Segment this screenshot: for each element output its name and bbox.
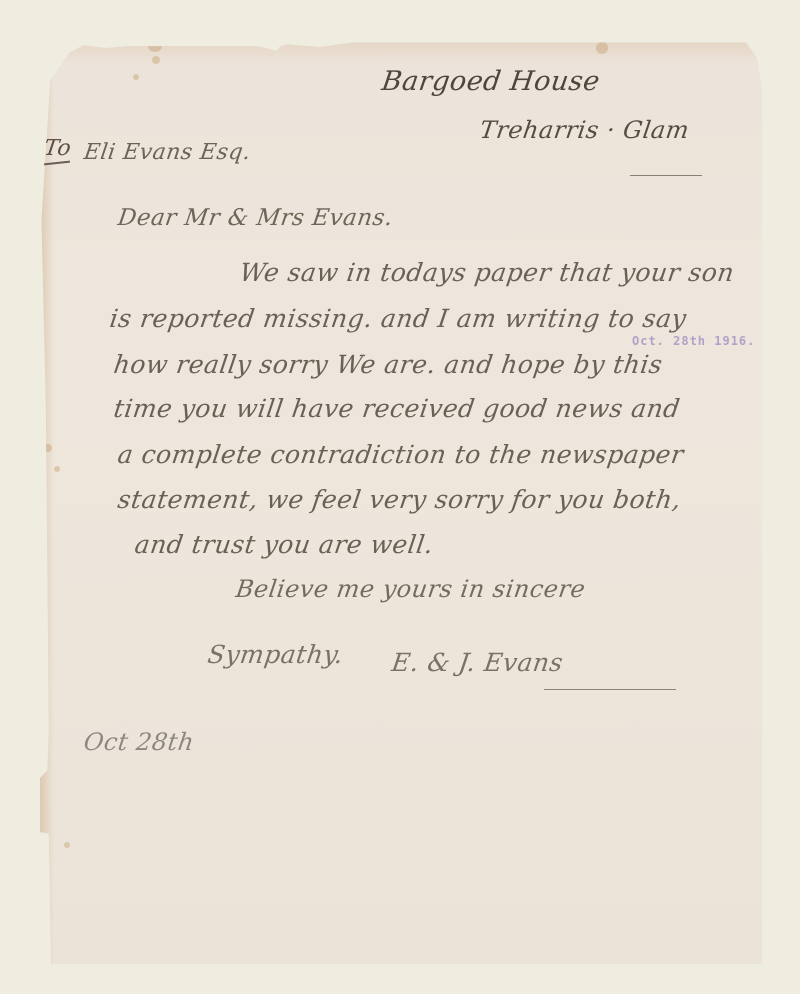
closing-word: Sympathy. — [206, 640, 345, 669]
salutation: Dear Mr & Mrs Evans. — [116, 205, 394, 231]
foxing-spot — [54, 466, 60, 472]
body-line: a complete contradiction to the newspape… — [116, 440, 686, 469]
foxing-spot — [148, 40, 162, 52]
body-line: time you will have received good news an… — [112, 394, 682, 423]
address-underline — [630, 175, 702, 176]
recipient-name: Eli Evans Esq. — [82, 140, 252, 165]
to-label: To — [42, 136, 73, 161]
foxing-spot — [44, 444, 52, 452]
body-line: and trust you are well. — [133, 530, 435, 559]
address-line-1: Bargoed House — [380, 66, 602, 97]
closing-line: Believe me yours in sincere — [234, 575, 587, 603]
body-line: is reported missing. and I am writing to… — [108, 304, 688, 333]
foxing-spot — [64, 842, 70, 848]
date-stamp: Oct. 28th 1916. — [632, 334, 755, 348]
letter-date: Oct 28th — [82, 728, 196, 756]
foxing-spot — [596, 42, 608, 54]
body-line: We saw in todays paper that your son — [238, 258, 736, 287]
signature: E. & J. Evans — [390, 648, 565, 677]
foxing-spot — [133, 74, 139, 80]
foxing-spot — [152, 56, 160, 64]
signature-underline — [544, 689, 676, 690]
body-line: how really sorry We are. and hope by thi… — [112, 350, 664, 379]
address-line-2: Treharris · Glam — [478, 116, 691, 144]
body-line: statement, we feel very sorry for you bo… — [116, 485, 683, 514]
